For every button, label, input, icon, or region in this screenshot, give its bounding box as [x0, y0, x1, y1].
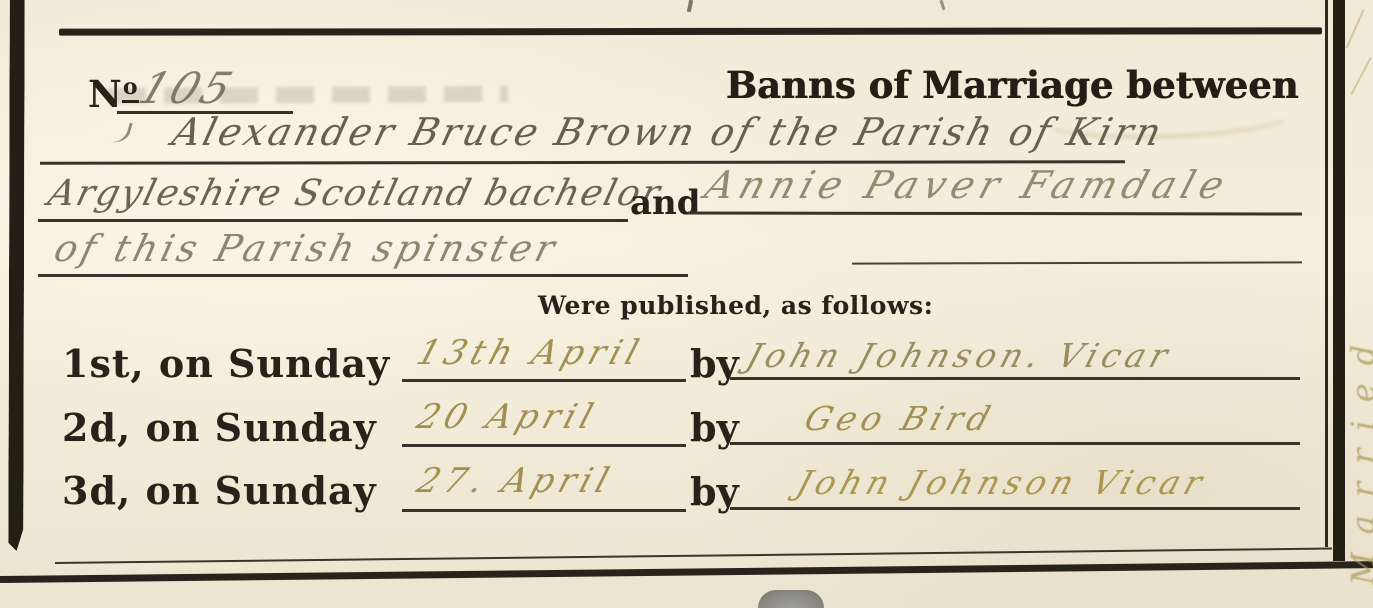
entry-number-label-n: N — [88, 72, 122, 116]
entry-number-value: 105 — [132, 64, 241, 114]
banns-row-3-ordinal: 3d, on Sunday — [62, 468, 377, 513]
groom-detail-underline — [38, 219, 628, 222]
published-heading: Were published, as follows: — [538, 291, 933, 320]
banns-row-1-date: 13th April — [412, 333, 648, 373]
banns-row-2-officiant-underline — [730, 442, 1300, 445]
banns-row-2-ordinal: 2d, on Sunday — [62, 405, 377, 450]
register-page: No 105 Banns of Marriage between Alexand… — [0, 0, 1373, 608]
banns-row-1-officiant: John Johnson. Vicar — [742, 336, 1177, 375]
bride-name-underline — [688, 211, 1302, 215]
form-rule-bottom-outer — [0, 561, 1373, 583]
conjunction-label: and — [630, 183, 701, 223]
form-rule-bottom-inner — [55, 548, 1332, 564]
cropped-writing-stroke — [940, 0, 946, 10]
bride-detail-line: of this Parish spinster — [50, 227, 563, 270]
form-title: Banns of Marriage between — [712, 63, 1312, 107]
banns-row-3-officiant: John Johnson Vicar — [792, 463, 1212, 502]
bride-detail-underline — [38, 274, 688, 277]
handwritten-tick-mark — [98, 115, 132, 146]
banns-row-1-ordinal: 1st, on Sunday — [62, 341, 390, 386]
groom-detail-line: Argyleshire Scotland bachelor — [44, 173, 666, 214]
entry-number-label: No — [88, 72, 139, 116]
banns-row-2-officiant: Geo Bird — [800, 399, 1000, 438]
bride-name-line: Annie Paver Famdale — [700, 163, 1235, 207]
banns-row-3-officiant-underline — [730, 507, 1300, 510]
form-border-right-inner — [1325, 0, 1328, 547]
cropped-writing-stroke — [687, 0, 693, 12]
entry-number-label-sup: o — [122, 74, 139, 103]
form-border-left — [8, 0, 24, 551]
margin-vertical-annotation: Married — [1344, 105, 1373, 585]
banns-row-1-officiant-underline — [730, 377, 1300, 380]
page-weight-object — [758, 590, 824, 608]
margin-writing-stroke — [1346, 9, 1365, 48]
groom-name-line: Alexander Bruce Brown of the Parish of K… — [168, 110, 1169, 154]
banns-row-1-date-underline — [402, 379, 686, 382]
margin-writing-stroke — [1350, 57, 1371, 95]
banns-row-3-date: 27. April — [412, 461, 618, 501]
banns-row-2-date-underline — [402, 444, 686, 447]
spare-entry-underline — [852, 261, 1302, 264]
banns-row-2-date: 20 April — [412, 397, 603, 437]
banns-row-3-date-underline — [402, 509, 686, 512]
form-rule-top — [59, 27, 1322, 35]
